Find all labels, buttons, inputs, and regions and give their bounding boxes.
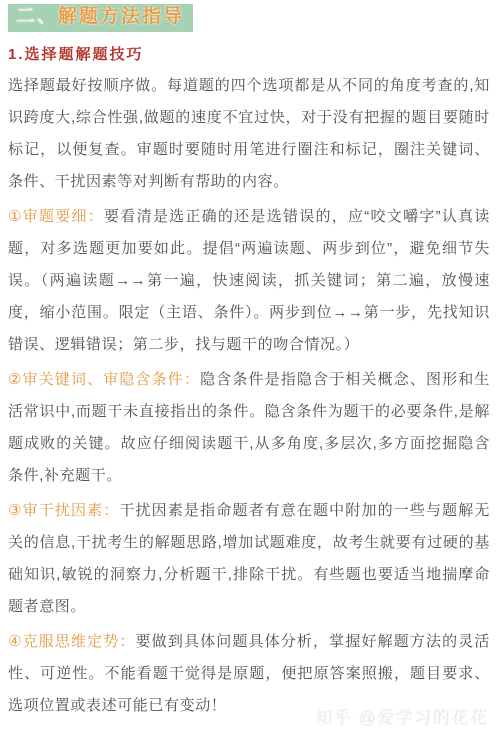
- section-title: 解题方法指导: [58, 6, 184, 27]
- tip-paragraph-1: ①审题要细：要看清是选正确的还是选错误的，应“咬文嚼字”认真读题，对多选题更加要…: [8, 201, 490, 361]
- intro-paragraph: 选择题最好按顺序做。每道题的四个选项都是从不同的角度考查的,知识跨度大,综合性强…: [8, 70, 490, 198]
- section-number: 二、: [16, 6, 58, 27]
- article-page: 二、解题方法指导 1.选择题解题技巧 选择题最好按顺序做。每道题的四个选项都是从…: [0, 0, 500, 741]
- paragraph-lead: ④克服思维定势：: [8, 633, 136, 650]
- zhihu-watermark: 知乎 @爱学习的花花: [315, 703, 488, 728]
- tip-paragraph-3: ③审干扰因素：干扰因素是指命题者有意在题中附加的一些与题解无关的信息,干扰考生的…: [8, 495, 490, 623]
- section-title-banner: 二、解题方法指导: [8, 4, 193, 32]
- paragraph-text: 要看清是选正确的还是选错误的，应“咬文嚼字”认真读题，对多选题更加要如此。提倡“…: [8, 208, 490, 353]
- paragraph-text: 选择题最好按顺序做。每道题的四个选项都是从不同的角度考查的,知识跨度大,综合性强…: [8, 77, 490, 190]
- paragraph-lead: ②审关键词、审隐含条件：: [8, 371, 200, 388]
- paragraph-lead: ③审干扰因素：: [8, 502, 119, 519]
- tip-paragraph-2: ②审关键词、审隐含条件：隐含条件是指隐含于相关概念、图形和生活常识中,而题干未直…: [8, 364, 490, 492]
- paragraph-lead: ①审题要细：: [8, 208, 104, 225]
- subsection-heading: 1.选择题解题技巧: [8, 45, 490, 65]
